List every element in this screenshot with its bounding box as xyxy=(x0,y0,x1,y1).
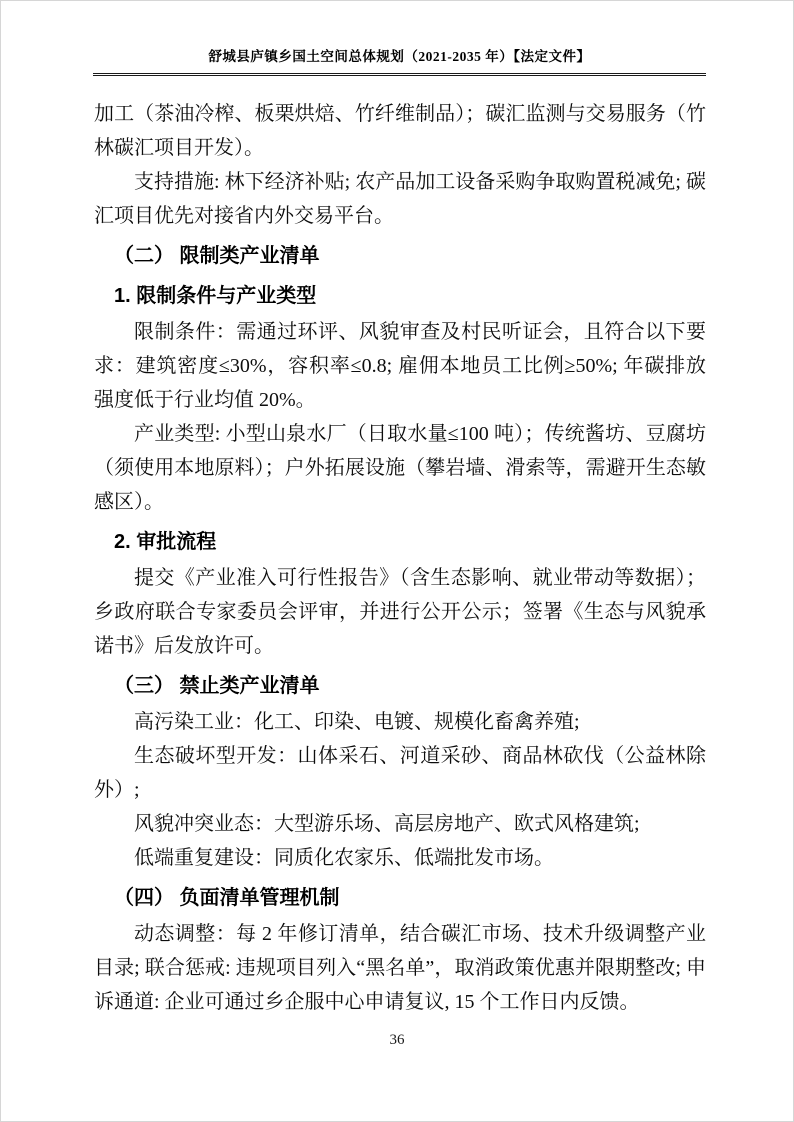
section-heading: （三） 禁止类产业清单 xyxy=(94,669,706,703)
paragraph: 风貌冲突业态：大型游乐场、高层房地产、欧式风格建筑; xyxy=(94,807,706,841)
section-heading: 1. 限制条件与产业类型 xyxy=(94,279,706,313)
document-content: 加工（茶油冷榨、板栗烘焙、竹纤维制品）；碳汇监测与交易服务（竹林碳汇项目开发）。… xyxy=(94,97,706,1019)
paragraph: 高污染工业：化工、印染、电镀、规模化畜禽养殖; xyxy=(94,705,706,739)
page-number: 36 xyxy=(1,1032,793,1049)
document-page: 舒城县庐镇乡国土空间总体规划（2021-2035 年）【法定文件】 加工（茶油冷… xyxy=(0,0,794,1122)
paragraph: 动态调整：每 2 年修订清单，结合碳汇市场、技术升级调整产业目录; 联合惩戒: … xyxy=(94,917,706,1019)
section-heading: 2. 审批流程 xyxy=(94,525,706,559)
header-divider-rule xyxy=(93,73,706,76)
paragraph: 产业类型: 小型山泉水厂（日取水量≤100 吨）；传统酱坊、豆腐坊（须使用本地原… xyxy=(94,417,706,519)
paragraph: 支持措施: 林下经济补贴; 农产品加工设备采购争取购置税减免; 碳汇项目优先对接… xyxy=(94,165,706,233)
paragraph: 限制条件：需通过环评、风貌审查及村民听证会，且符合以下要求：建筑密度≤30%，容… xyxy=(94,315,706,417)
paragraph: 加工（茶油冷榨、板栗烘焙、竹纤维制品）；碳汇监测与交易服务（竹林碳汇项目开发）。 xyxy=(94,97,706,165)
section-heading: （四） 负面清单管理机制 xyxy=(94,881,706,915)
paragraph: 低端重复建设：同质化农家乐、低端批发市场。 xyxy=(94,841,706,875)
page-header-title: 舒城县庐镇乡国土空间总体规划（2021-2035 年）【法定文件】 xyxy=(93,45,706,65)
paragraph: 生态破坏型开发：山体采石、河道采砂、商品林砍伐（公益林除外）; xyxy=(94,739,706,807)
paragraph: 提交《产业准入可行性报告》（含生态影响、就业带动等数据）；乡政府联合专家委员会评… xyxy=(94,561,706,663)
section-heading: （二） 限制类产业清单 xyxy=(94,239,706,273)
